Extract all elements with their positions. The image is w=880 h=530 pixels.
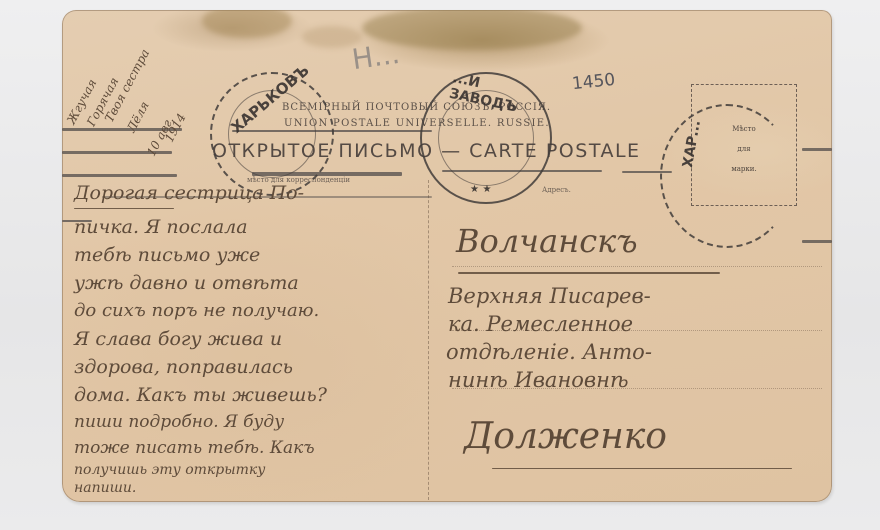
vertical-divider <box>428 180 429 500</box>
address-line: нинѣ Ивановнѣ <box>448 368 629 392</box>
address-label: Адресъ. <box>542 186 571 194</box>
message-line: тебѣ письмо уже <box>74 244 260 266</box>
city-underline <box>458 272 720 274</box>
postmark-stars: ★ ★ <box>470 184 491 195</box>
catalog-number: 1450 <box>571 70 616 94</box>
postmark-right: ХАР... <box>660 104 794 248</box>
message-line: пичка. Я послала <box>74 216 248 238</box>
message-line: ужѣ давно и отвѣта <box>74 272 299 294</box>
cancel-bar <box>802 240 832 243</box>
message-line: Дорогая сестрица По- <box>74 182 304 204</box>
cancel-bar <box>62 174 177 177</box>
address-line: ка. Ремесленное <box>448 312 633 336</box>
message-line: получишь эту открытку <box>74 462 265 478</box>
message-line: здорова, поправилась <box>74 356 293 378</box>
address-rule <box>452 266 822 267</box>
postmark-left: ХАРЬКОВЪ <box>210 72 334 196</box>
message-line: напиши. <box>74 480 136 496</box>
surname-underline <box>492 468 792 469</box>
address-city: Волчанскъ <box>456 222 638 260</box>
greeting-underline <box>74 208 174 209</box>
message-line: пиши подробно. Я буду <box>74 412 284 432</box>
postmark-middle: ...И ЗАВОДЪ ★ ★ <box>420 72 552 204</box>
address-line: отдѣленіе. Анто- <box>446 340 652 364</box>
postcard: Н... 1450 ВСЕМІРНЫЙ ПОЧТОВЫЙ СОЮЗЪ. РОСС… <box>62 10 832 502</box>
message-line: до сихъ поръ не получаю. <box>74 300 319 321</box>
water-stain <box>202 10 292 38</box>
message-line: тоже писать тебѣ. Какъ <box>74 438 315 458</box>
recipient-surname: Долженко <box>464 416 667 457</box>
postmark-text: ХАР... <box>680 119 704 169</box>
cancel-bar <box>802 148 832 151</box>
address-line: Верхняя Писарев- <box>448 284 651 308</box>
message-line: дома. Какъ ты живешь? <box>74 384 327 406</box>
message-line: Я слава богу жива и <box>74 328 282 350</box>
pencil-scribble: Н... <box>350 37 402 76</box>
